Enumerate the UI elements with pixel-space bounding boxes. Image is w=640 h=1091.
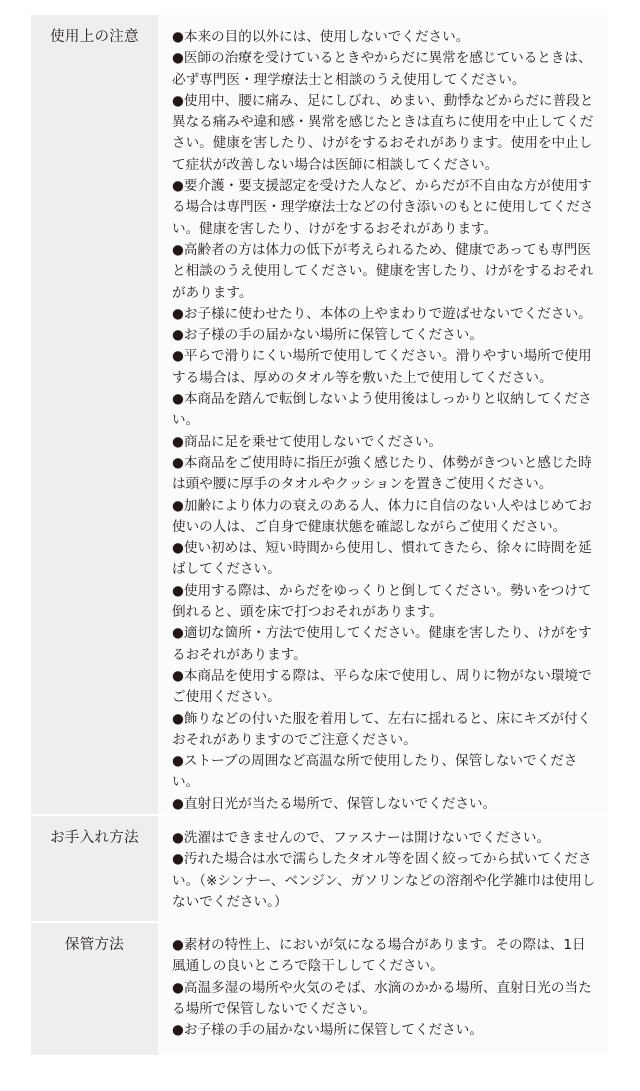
precaution-item: ●飾りなどの付いた服を着用して、左右に揺れると、床にキズが付くおそれがありますの… bbox=[172, 709, 596, 752]
section-label: お手入れ方法 bbox=[31, 816, 158, 921]
section-label: 保管方法 bbox=[31, 923, 158, 1055]
section-usage-precautions: 使用上の注意 ●本来の目的以外には、使用しないでください。 ●医師の治療を受けて… bbox=[31, 15, 608, 814]
section-body: ●素材の特性上、においが気になる場合があります。その際は、1日風通しの良いところ… bbox=[158, 923, 608, 1055]
section-body: ●本来の目的以外には、使用しないでください。 ●医師の治療を受けているときやから… bbox=[158, 15, 608, 814]
storage-item: ●高温多湿の場所や火気のそば、水滴のかかる場所、直射日光の当たる場所で保管しない… bbox=[172, 978, 596, 1021]
precaution-item: ●お子様の手の届かない場所に保管してください。 bbox=[172, 325, 596, 346]
precaution-item: ●加齢により体力の衰えのある人、体力に自信のない人やはじめてお使いの人は、ご自身… bbox=[172, 496, 596, 539]
precaution-item: ●お子様に使わせたり、本体の上やまわりで遊ばせないでください。 bbox=[172, 304, 596, 325]
precaution-item: ●本商品を使用する際は、平らな床で使用し、周りに物がない環境でご使用ください。 bbox=[172, 666, 596, 709]
section-label: 使用上の注意 bbox=[31, 15, 158, 814]
precaution-item: ●ストーブの周囲など高温な所で使用したり、保管しないでください。 bbox=[172, 751, 596, 794]
precaution-item: ●本商品を踏んで転倒しないよう使用後はしっかりと収納してください。 bbox=[172, 389, 596, 432]
storage-item: ●お子様の手の届かない場所に保管してください。 bbox=[172, 1020, 596, 1041]
precaution-item: ●本商品をご使用時に指圧が強く感じたり、体勢がきついと感じた時は頭や腰に厚手のタ… bbox=[172, 453, 596, 496]
precaution-item: ●要介護・要支援認定を受けた人など、からだが不自由な方が使用する場合は専門医・理… bbox=[172, 176, 596, 240]
precaution-item: ●直射日光が当たる場所で、保管しないでください。 bbox=[172, 794, 596, 815]
section-storage-instructions: 保管方法 ●素材の特性上、においが気になる場合があります。その際は、1日風通しの… bbox=[31, 923, 608, 1055]
care-item: ●汚れた場合は水で濡らしたタオル等を固く絞ってから拭いてください。（※シンナー、… bbox=[172, 849, 596, 913]
section-care-instructions: お手入れ方法 ●洗濯はできませんので、ファスナーは開けないでください。 ●汚れた… bbox=[31, 816, 608, 921]
care-item: ●洗濯はできませんので、ファスナーは開けないでください。 bbox=[172, 828, 596, 849]
section-body: ●洗濯はできませんので、ファスナーは開けないでください。 ●汚れた場合は水で濡ら… bbox=[158, 816, 608, 921]
precaution-item: ●使用する際は、からだをゆっくりと倒してください。勢いをつけて倒れると、頭を床で… bbox=[172, 581, 596, 624]
product-notes-table: 使用上の注意 ●本来の目的以外には、使用しないでください。 ●医師の治療を受けて… bbox=[31, 15, 608, 1055]
precaution-item: ●使用中、腰に痛み、足にしびれ、めまい、動悸などからだに普段と異なる痛みや違和感… bbox=[172, 91, 596, 176]
precaution-item: ●使い初めは、短い時間から使用し、慣れてきたら、徐々に時間を延ばしてください。 bbox=[172, 538, 596, 581]
storage-item: ●素材の特性上、においが気になる場合があります。その際は、1日風通しの良いところ… bbox=[172, 935, 596, 978]
precaution-item: ●平らで滑りにくい場所で使用してください。滑りやすい場所で使用する場合は、厚めの… bbox=[172, 346, 596, 389]
precaution-item: ●商品に足を乗せて使用しないでください。 bbox=[172, 432, 596, 453]
precaution-item: ●医師の治療を受けているときやからだに異常を感じているときは、必ず専門医・理学療… bbox=[172, 48, 596, 91]
precaution-item: ●本来の目的以外には、使用しないでください。 bbox=[172, 27, 596, 48]
precaution-item: ●適切な箇所・方法で使用してください。健康を害したり、けがをするおそれがあります… bbox=[172, 623, 596, 666]
precaution-item: ●高齢者の方は体力の低下が考えられるため、健康であっても専門医と相談のうえ使用し… bbox=[172, 240, 596, 304]
